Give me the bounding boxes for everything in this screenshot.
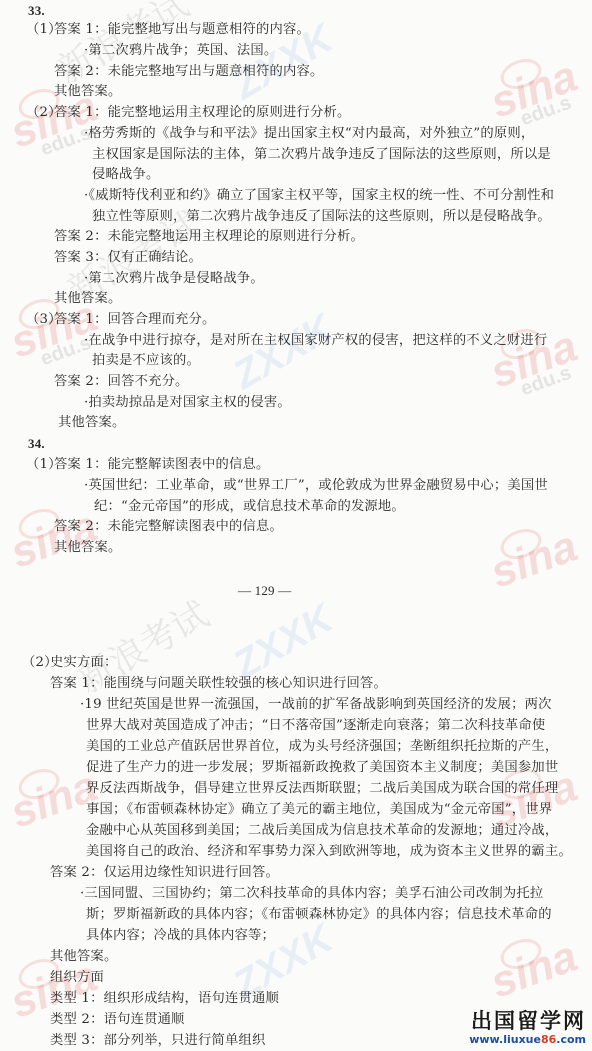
site-logo-title: 出国留学网 <box>469 1009 586 1033</box>
section-heading: 史实方面： <box>50 654 117 672</box>
other-answer: 其他答案。 <box>54 83 121 101</box>
answer-text: 答案 1：能完整解读图表中的信息。 <box>54 456 270 474</box>
answer-text: 答案 1：回答合理而充分。 <box>54 311 216 329</box>
answer-point: 促进了生产力的进一步发展；罗斯福新政挽救了美国资本主义制度；美国参加世 <box>86 759 558 777</box>
answer-text: 答案 2：仅运用边缘性知识进行回答。 <box>50 864 279 882</box>
sina-watermark: sina <box>484 521 584 598</box>
site-logo-url[interactable]: www.liuxue86.com <box>469 1033 586 1047</box>
answer-point: 世界大战对英国造成了冲击；“日不落帝国”逐渐走向衰落；第二次科技革命使 <box>86 717 545 735</box>
answer-point: ·《威斯特伐利亚和约》确立了国家主权平等，国家主权的统一性、不可分割性和 <box>84 187 554 205</box>
sina-eye-watermark-icon <box>496 54 545 95</box>
sina-sub-watermark: edu.s <box>518 362 575 401</box>
logo-url-suffix: .com <box>556 1033 586 1046</box>
answer-point: 界反法西斯战争，倡导建立世界反法西斯联盟；二战后美国成为联合国的常任理 <box>86 780 558 798</box>
answer-point: ·第二次鸦片战争是侵略战争。 <box>84 270 264 288</box>
answer-point: ·在战争中进行掠夺，是对所在主权国家财产权的侵害，把这样的不义之财进行 <box>84 332 547 350</box>
answer-point: 具体内容；冷战的具体内容等； <box>86 927 275 945</box>
answer-text: 答案 2：回答不充分。 <box>54 373 189 391</box>
answer-point: 拍卖是不应该的。 <box>92 352 200 370</box>
answer-point: ·第二次鸦片战争；英国、法国。 <box>84 42 277 60</box>
answer-point: 金融中心从英国移到美国；二战后美国成为信息技术革命的发源地；通过冷战， <box>86 822 558 840</box>
zxxk-watermark: ZXXK <box>226 306 341 398</box>
type-item: 类型 3：部分列举，只进行简单组织 <box>50 1032 266 1050</box>
type-item: 类型 2：语句连贯通顺 <box>50 1011 185 1029</box>
answer-point: ·拍卖劫掠品是对国家主权的侵害。 <box>84 394 291 412</box>
other-answer: 其他答案。 <box>58 414 125 432</box>
other-answer: 其他答案。 <box>50 948 117 966</box>
sina-eye-watermark-icon <box>496 934 545 975</box>
answer-text: 答案 1：能完整地写出与题意相符的内容。 <box>54 21 310 39</box>
answer-text: 答案 1：能完整地运用主权理论的原则进行分析。 <box>54 104 351 122</box>
answer-text: 答案 2：未能完整解读图表中的信息。 <box>54 518 283 536</box>
answer-point: ·英国世纪：工业革命，或“世界工厂”，或伦敦成为世界金融贸易中心；美国世 <box>84 477 548 495</box>
answer-point: ·三国同盟、三国协约；第二次科技革命的具体内容；美孚石油公司改制为托拉 <box>80 885 543 903</box>
answer-point: 独立性等原则，第二次鸦片战争违反了国际法的这些原则，所以是侵略战争。 <box>92 208 551 226</box>
other-answer: 其他答案。 <box>54 290 121 308</box>
answer-point: 纪：“金元帝国”的形成，或信息技术革命的发源地。 <box>94 498 405 516</box>
type-item: 类型 1：组织形成结构，语句连贯通顺 <box>50 990 279 1008</box>
answer-point: ·格劳秀斯的《战争与和平法》提出国家主权“对内最高，对外独立”的原则， <box>84 125 534 143</box>
question-number: 33. <box>28 2 45 20</box>
answer-point: 主权国家是国际法的主体，第二次鸦片战争违反了国际法的这些原则，所以是 <box>92 146 551 164</box>
document-page: sina edu.s sina edu.s 新浪考试 ZXXK sina edu… <box>0 0 592 1051</box>
page-number: — 129 — <box>238 582 291 600</box>
answer-point: 事国；《布雷顿森林协定》确立了美元的霸主地位，美国成为“金元帝国”，世界 <box>86 801 552 819</box>
site-logo[interactable]: 出国留学网 www.liuxue86.com <box>469 1009 586 1047</box>
question-number: 34. <box>28 435 45 453</box>
answer-text: 答案 2：未能完整地运用主权理论的原则进行分析。 <box>54 228 364 246</box>
answer-point: 美国将自己的政治、经济和军事势力深入到欧洲等地，成为资本主义世界的霸主。 <box>86 843 572 861</box>
answer-text: 答案 3：仅有正确结论。 <box>54 249 202 267</box>
logo-url-prefix: www.liuxue <box>469 1033 541 1046</box>
answer-text: 答案 1：能围绕与问题关联性较强的核心知识进行回答。 <box>50 675 387 693</box>
sina-watermark: sina <box>484 931 584 1008</box>
section-heading: 组织方面 <box>50 969 104 987</box>
other-answer: 其他答案。 <box>54 539 121 557</box>
answer-point: 美国的工业总产值跃居世界首位，成为头号经济强国；垄断组织托拉斯的产生， <box>86 738 558 756</box>
sina-watermark: sina <box>484 51 584 128</box>
answer-text: 答案 2：未能完整地写出与题意相符的内容。 <box>54 63 324 81</box>
answer-point: 斯；罗斯福新政的具体内容；《布雷顿森林协定》的具体内容；信息技术革命的 <box>86 906 552 924</box>
answer-point: 侵略战争。 <box>92 166 159 184</box>
sina-eye-watermark-icon <box>14 764 63 805</box>
logo-url-highlight: 86 <box>541 1033 556 1046</box>
answer-point: ·19 世纪英国是世界一流强国，一战前的扩军备战影响到英国经济的发展；两次 <box>80 696 552 714</box>
sina-eye-watermark-icon <box>496 524 545 565</box>
